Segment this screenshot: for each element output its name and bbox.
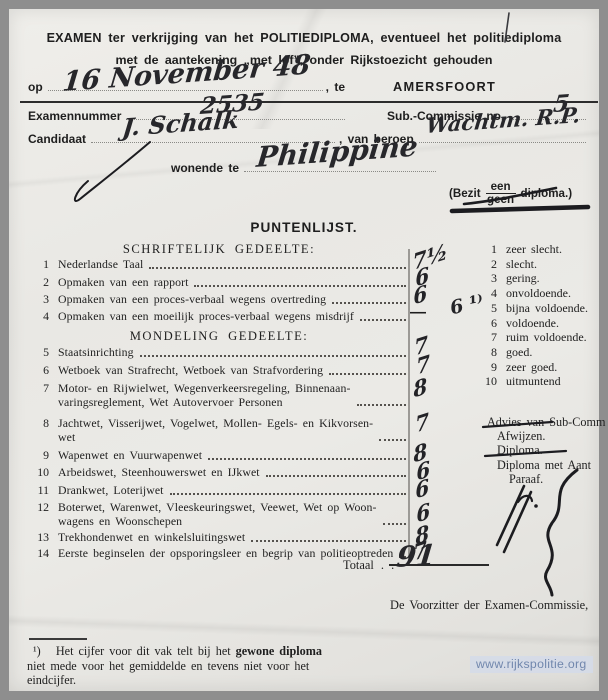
list-item: 4Opmaken van een moeilijk proces-verbaal… (31, 310, 407, 324)
watermark-url: www.rijkspolitie.org (470, 656, 593, 673)
dotted-leader (208, 458, 406, 460)
item-number: 6 (31, 364, 49, 378)
document-page: EXAMEN ter verkrijging van het POLITIEDI… (9, 9, 599, 691)
item-number: 7 (31, 382, 49, 396)
advies-paraaf-label: Paraaf. (509, 472, 605, 486)
place-value: AMERSFOORT (393, 79, 496, 94)
item-text: Wetboek van Strafrecht, Wetboek van Stra… (58, 364, 323, 378)
item-text: Motor- en Rijwielwet, Wegenverkeersregel… (58, 382, 351, 396)
item-number: 10 (31, 466, 49, 480)
scale-row: 9zeer goed. (477, 360, 588, 375)
scale-label: slecht. (506, 257, 537, 272)
dotted-leader (419, 142, 586, 143)
footnote-line1: ¹) Het cijfer voor dit vak telt bij het … (33, 644, 322, 659)
dotted-leader (329, 373, 406, 375)
candidaat-label: Candidaat (28, 132, 86, 146)
paraaf-stroke (518, 496, 532, 502)
bezit-options: een geen (486, 181, 516, 206)
item-number: 9 (31, 449, 49, 463)
scale-number: 5 (477, 301, 497, 316)
dotted-leader (149, 267, 406, 269)
scale-row: 4onvoldoende. (477, 286, 588, 301)
item-text: wet (58, 431, 373, 445)
handwritten-mark: 7 (413, 538, 428, 563)
list-item: 9Wapenwet en Vuurwapenwet (31, 449, 407, 463)
advies-option-afwijzen: Afwijzen. (497, 429, 605, 443)
paraaf-stroke (497, 486, 524, 545)
scale-label: voldoende. (506, 316, 559, 331)
item-text: varingsreglement, Wet Autovervoer Person… (58, 396, 351, 410)
scale-number: 10 (477, 374, 497, 389)
scale-label: uitmuntend (506, 374, 561, 389)
paraaf-dot (534, 504, 538, 508)
scale-row: 7ruim voldoende. (477, 330, 588, 345)
list-item: 6Wetboek van Strafrecht, Wetboek van Str… (31, 364, 407, 378)
dotted-leader (379, 439, 406, 441)
scale-label: onvoldoende. (506, 286, 571, 301)
heavy-underline (452, 207, 588, 211)
dotted-leader (251, 540, 406, 542)
wonende-label: wonende te (171, 161, 239, 175)
item-text: Drankwet, Loterijwet (58, 484, 164, 498)
list-item: 5Staatsinrichting (31, 346, 407, 360)
item-text: Opmaken van een proces-verbaal wegens ov… (58, 293, 326, 307)
scale-row: 1zeer slecht. (477, 242, 588, 257)
item-number: 5 (31, 346, 49, 360)
dotted-leader (360, 319, 406, 321)
list-item: 7Motor- en Rijwielwet, Wegenverkeersrege… (31, 382, 407, 409)
bezit-prefix: (Bezit (449, 187, 481, 200)
advies-title: Advies van Sub-Comm (487, 415, 605, 429)
dotted-leader (266, 475, 406, 477)
op-label: op (28, 80, 43, 94)
item-text: Opmaken van een moeilijk proces-verbaal … (58, 310, 354, 324)
dotted-leader (332, 302, 406, 304)
scale-row: 6voldoende. (477, 316, 588, 331)
list-item: 3Opmaken van een proces-verbaal wegens o… (31, 293, 407, 307)
item-number: 14 (31, 547, 49, 561)
list-item: 13Trekhondenwet en winkelsluitingswet (31, 531, 407, 545)
item-text: Trekhondenwet en winkelsluitingswet (58, 531, 245, 545)
scale-row: 10uitmuntend (477, 374, 588, 389)
advies-block: Advies van Sub-Comm Afwijzen. Diploma. D… (487, 415, 605, 486)
item-text: Opmaken van een rapport (58, 276, 188, 290)
scale-row: 8goed. (477, 345, 588, 360)
totaal-label: Totaal . . (343, 558, 394, 573)
document-title-line1: EXAMEN ter verkrijging van het POLITIEDI… (9, 31, 599, 45)
signature-flourish (75, 142, 150, 201)
scale-row: 3gering. (477, 271, 588, 286)
te-label: , te (326, 80, 345, 94)
dotted-leader (357, 404, 406, 406)
handwritten-mark: 7 (415, 410, 430, 435)
scale-number: 4 (477, 286, 497, 301)
advies-option-diploma: Diploma. (497, 443, 605, 457)
item-number: 11 (31, 484, 49, 498)
bezit-diploma-field: (Bezit een geen diploma.) (449, 181, 572, 206)
footnote-text-bold: gewone diploma (236, 644, 322, 658)
list-item: 10Arbeidswet, Steenhouwerswet en IJkwet (31, 466, 407, 480)
footnote-marker: ¹) (33, 644, 41, 658)
scale-number: 9 (477, 360, 497, 375)
list-item: 8Jachtwet, Visserijwet, Vogelwet, Mollen… (31, 417, 407, 444)
item-text: Wapenwet en Vuurwapenwet (58, 449, 202, 463)
scale-number: 7 (477, 330, 497, 345)
scale-label: ruim voldoende. (506, 330, 587, 345)
scale-label: gering. (506, 271, 540, 286)
item-text: Jachtwet, Visserijwet, Vogelwet, Mollen-… (58, 417, 373, 431)
scale-number: 6 (477, 316, 497, 331)
item-text: Staatsinrichting (58, 346, 134, 360)
item-text: Nederlandse Taal (58, 258, 143, 272)
scale-number: 1 (477, 242, 497, 257)
footnote-rule (29, 638, 87, 640)
paraaf-stroke (504, 492, 531, 552)
footnote-line3: eindcijfer. (27, 673, 76, 688)
handwritten-mark: 8 (413, 375, 428, 400)
grading-scale: 1zeer slecht. 2slecht. 3gering. 4onvoldo… (477, 242, 588, 389)
dotted-leader (194, 285, 406, 287)
item-number: 2 (31, 276, 49, 290)
dotted-leader (170, 493, 406, 495)
scale-label: bijna voldoende. (506, 301, 588, 316)
scale-label: zeer goed. (506, 360, 557, 375)
list-item: 11Drankwet, Loterijwet (31, 484, 407, 498)
item-text: wagens en Woonschepen (58, 515, 377, 529)
scan-frame: EXAMEN ter verkrijging van het POLITIEDI… (0, 0, 608, 700)
signature-curve (545, 470, 577, 595)
scale-number: 2 (477, 257, 497, 272)
item-number: 3 (31, 293, 49, 307)
scale-label: goed. (506, 345, 532, 360)
item-number: 12 (31, 501, 49, 515)
dotted-leader (140, 355, 406, 357)
horizontal-rule (20, 101, 598, 103)
item-number: 1 (31, 258, 49, 272)
section-mondeling: MONDELING GEDEELTE: (9, 329, 429, 344)
marks-column-rule (408, 249, 410, 565)
footnote-line2: niet mede voor het gemiddelde en tevens … (27, 659, 309, 674)
examennummer-label: Examennummer (28, 109, 121, 123)
dotted-leader (383, 523, 406, 525)
item-text: Boterwet, Warenwet, Vleeskeuringswet, Ve… (58, 501, 377, 515)
scale-row: 5bijna voldoende. (477, 301, 588, 316)
bezit-suffix: diploma.) (521, 187, 573, 200)
scale-number: 8 (477, 345, 497, 360)
advies-option-diploma-aant: Diploma met Aant (497, 458, 605, 472)
item-number: 4 (31, 310, 49, 324)
handwritten-mark-dash: — (410, 304, 425, 322)
item-number: 13 (31, 531, 49, 545)
scale-row: 2slecht. (477, 257, 588, 272)
item-number: 8 (31, 417, 49, 431)
item-text: Arbeidswet, Steenhouwerswet en IJkwet (58, 466, 260, 480)
puntenlijst-title: PUNTENLIJST. (9, 220, 599, 235)
list-item: 1Nederlandse Taal (31, 258, 407, 272)
section-schriftelijk: SCHRIFTELIJK GEDEELTE: (9, 242, 429, 257)
scale-number: 3 (477, 271, 497, 286)
footnote-text: Het cijfer voor dit vak telt bij het (56, 644, 236, 658)
bezit-option-geen: geen (486, 194, 516, 206)
voorzitter-line: De Voorzitter der Examen-Commissie, (390, 598, 588, 613)
list-item: 2Opmaken van een rapport (31, 276, 407, 290)
scale-label: zeer slecht. (506, 242, 562, 257)
list-item: 12Boterwet, Warenwet, Vleeskeuringswet, … (31, 501, 407, 528)
